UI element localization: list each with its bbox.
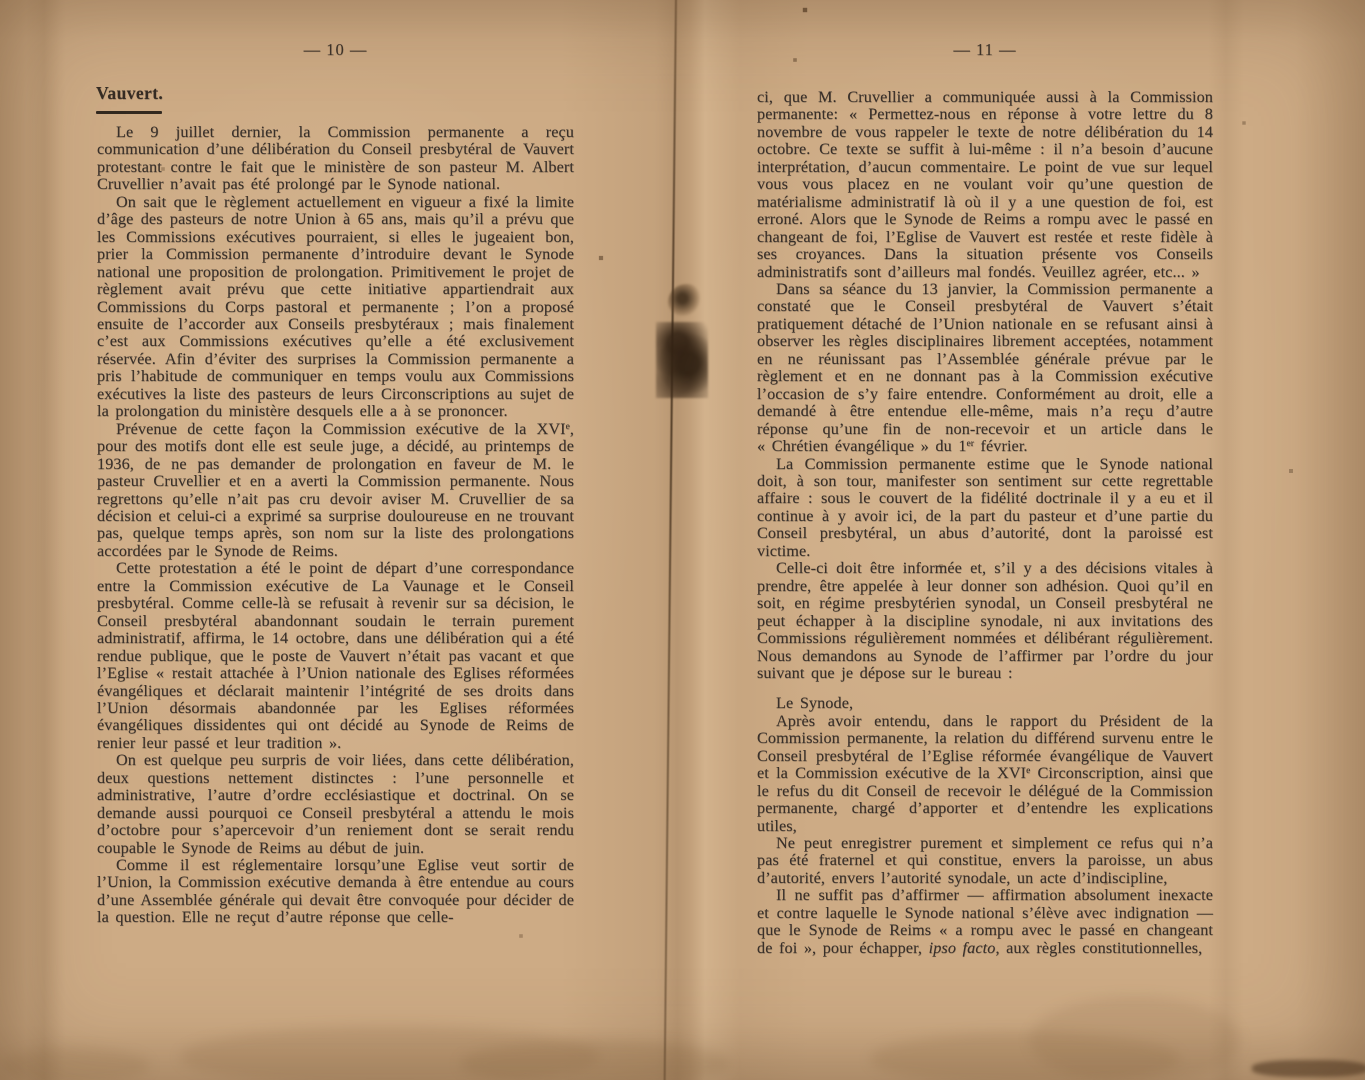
paragraph: Celle-ci doit être informée et, s’il y a… xyxy=(757,560,1213,682)
section-heading: Vauvert. xyxy=(96,83,163,104)
left-edge-crease xyxy=(26,0,66,1080)
paragraph-text: , pour des motifs dont elle est seule ju… xyxy=(97,420,574,560)
heading-underline xyxy=(96,111,162,114)
paragraph: Le Synode, xyxy=(757,695,1213,712)
ink-blot xyxy=(656,322,708,398)
page-11-text: ci, que M. Cruvellier a communiquée auss… xyxy=(757,89,1213,957)
stain xyxy=(1030,996,1240,1080)
latin-phrase-italic: ipso facto xyxy=(929,939,996,957)
paragraph: Dans sa séance du 13 janvier, la Commiss… xyxy=(757,281,1213,456)
ink-smear xyxy=(1252,1060,1365,1077)
superscript-ordinal: er xyxy=(967,439,974,449)
page-number-right: — 11 — xyxy=(757,40,1213,60)
stain xyxy=(180,1026,600,1080)
stain xyxy=(870,1032,1180,1080)
paragraph: ci, que M. Cruvellier a communiquée auss… xyxy=(757,89,1213,281)
paragraph: Le 9 juillet dernier, la Commission perm… xyxy=(97,124,574,194)
right-edge-crease xyxy=(1208,0,1244,1080)
scanned-spread: — 10 — Vauvert. Le 9 juillet dernier, la… xyxy=(0,0,1365,1080)
binding-fold-line xyxy=(664,0,677,1080)
page-10-text: Le 9 juillet dernier, la Commission perm… xyxy=(97,124,574,927)
paragraph: On est quelque peu surpris de voir liées… xyxy=(97,752,574,857)
paragraph: On sait que le règlement actuellement en… xyxy=(97,194,574,421)
paragraph: Ne peut enregistrer purement et simpleme… xyxy=(757,835,1213,887)
paragraph: Prévenue de cette façon la Commission ex… xyxy=(97,421,574,561)
stain xyxy=(0,1048,150,1080)
paper-specks xyxy=(0,0,2,2)
paragraph-text: , aux règles constitutionnelles, xyxy=(995,939,1202,957)
paragraph: Il ne suffit pas d’affirmer — affirmatio… xyxy=(757,887,1213,957)
paragraph-text: Prévenue de cette façon la Commission ex… xyxy=(116,420,566,438)
paragraph-text: Dans sa séance du 13 janvier, la Commiss… xyxy=(757,280,1213,455)
paragraph-text: février. xyxy=(974,437,1028,455)
stain xyxy=(460,1040,730,1080)
paragraph: Cette protestation a été le point de dép… xyxy=(97,560,574,752)
paragraph: Après avoir entendu, dans le rapport du … xyxy=(757,713,1213,835)
paragraph: La Commission permanente estime que le S… xyxy=(757,456,1213,561)
page-number-left: — 10 — xyxy=(97,40,574,60)
paragraph: Comme il est réglementaire lorsqu’une Eg… xyxy=(97,857,574,927)
